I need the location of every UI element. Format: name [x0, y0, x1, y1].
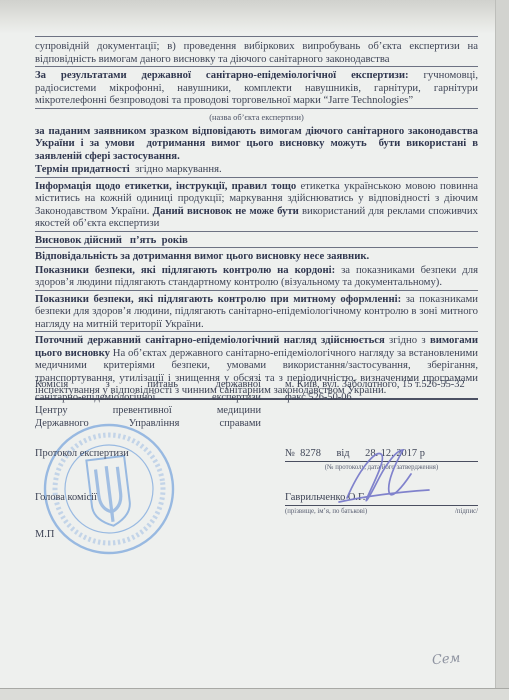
- text-segment: Висновок дійсний п’ять років: [35, 234, 188, 246]
- text-segment: згідно маркування.: [130, 163, 222, 175]
- body-paragraphs: супровідній документації; в) проведення …: [35, 36, 478, 402]
- document-paragraph: Відповідальність за дотримання вимог цьо…: [35, 250, 478, 264]
- scan-right-edge: [495, 0, 509, 700]
- document-paragraph: за паданим заявником зразком відповідают…: [35, 125, 478, 164]
- document-paragraph: Інформація щодо етикетки, інструкції, пр…: [35, 180, 478, 232]
- commission-address-line1: м. Київ, вул. Заболотного, 15 т.526-55-3…: [285, 378, 478, 391]
- text-segment: Показники безпеки, які підлягають контро…: [35, 264, 341, 276]
- scan-top-shadow: [0, 0, 509, 34]
- text-segment: згідно з: [389, 334, 430, 346]
- text-segment: супровідній документації; в) проведення …: [35, 40, 481, 65]
- head-label: Голова комісії: [35, 491, 285, 516]
- document-paragraph: Показники безпеки, які підлягають контро…: [35, 264, 478, 291]
- document-paragraph: супровідній документації; в) проведення …: [35, 36, 478, 67]
- text-segment: Показники безпеки, які підлягають контро…: [35, 293, 406, 305]
- commission-name-line: Державного Управління справами: [35, 417, 261, 430]
- text-segment: Поточний державний санітарно-епідеміолог…: [35, 334, 389, 346]
- protocol-label: Протокол експертизи: [35, 447, 285, 472]
- pencil-handwritten-note: Сем: [431, 651, 461, 668]
- handwritten-signature: [333, 446, 445, 510]
- scan-bottom-edge: [0, 688, 509, 700]
- commission-block: Комісія з питань державної санітарно-епі…: [35, 378, 478, 430]
- caption-line: (назва об’єкта експертизи): [35, 111, 478, 125]
- text-segment: Інформація щодо етикетки, інструкції, пр…: [35, 180, 301, 192]
- text-segment: Термін придатності: [35, 163, 130, 175]
- text-segment: (назва об’єкта експертизи): [209, 113, 304, 122]
- text-segment: Даний висновок не може бути: [153, 205, 302, 217]
- document-paragraph: Висновок дійсний п’ять років: [35, 234, 478, 249]
- text-segment: Відповідальність за дотримання вимог цьо…: [35, 250, 369, 262]
- commission-name-line: санітарно-епідеміологічної експертизи: [35, 391, 261, 404]
- document-paragraph: Термін придатності згідно маркування.: [35, 163, 478, 178]
- commission-name-line: Центру превентивної медицини: [35, 404, 261, 417]
- commission-name-line: Комісія з питань державної: [35, 378, 261, 391]
- commission-address: м. Київ, вул. Заболотного, 15 т.526-55-3…: [285, 378, 478, 430]
- head-caption-signature: /підпис/: [455, 507, 478, 516]
- scanned-document-page: супровідній документації; в) проведення …: [0, 0, 509, 700]
- seal-place-label: М.П: [35, 528, 478, 541]
- text-segment: За результатами державної санітарно-епід…: [35, 69, 424, 81]
- document-paragraph: Показники безпеки, які підлягають контро…: [35, 293, 478, 333]
- commission-address-line2: факс 526-50-06: [285, 391, 478, 404]
- text-segment: за паданим заявником зразком відповідают…: [35, 125, 481, 162]
- commission-name: Комісія з питань державної санітарно-епі…: [35, 378, 261, 430]
- document-paragraph: За результатами державної санітарно-епід…: [35, 69, 478, 109]
